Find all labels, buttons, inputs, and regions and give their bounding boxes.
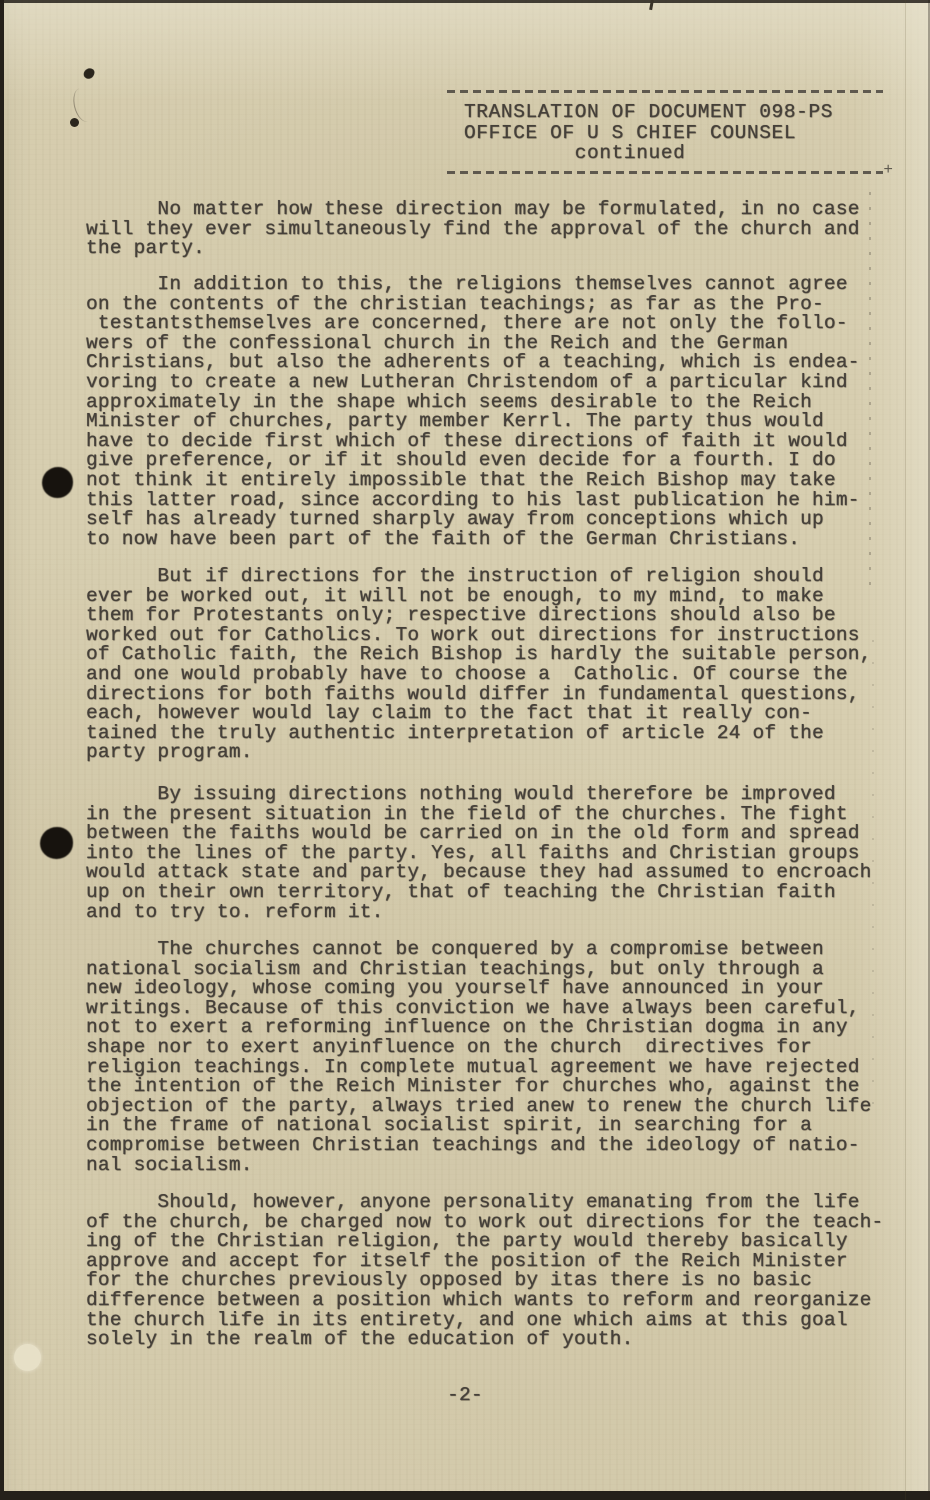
ink-speck-2 (70, 118, 79, 127)
hole-punch-light-circle (14, 1344, 41, 1371)
paragraph-6: Should, however, anyone personality eman… (86, 1193, 883, 1350)
paragraph-4: By issuing directions nothing would ther… (86, 785, 872, 922)
right-margin-dotted-line-lower (872, 640, 874, 1120)
header-continued-line: continued (464, 143, 883, 164)
scan-edge-left (0, 0, 4, 1500)
paragraph-2: In addition to this, the religions thems… (86, 275, 860, 549)
divider-end-mark: + (883, 162, 893, 178)
hole-punch-dot-1 (42, 467, 73, 498)
dashed-divider-top (447, 90, 883, 93)
paragraph-1: No matter how these direction may be for… (86, 200, 860, 259)
header-text: TRANSLATION OF DOCUMENT 098-PS OFFICE OF… (464, 102, 883, 164)
header-title-line: TRANSLATION OF DOCUMENT 098-PS (464, 102, 883, 123)
paragraph-5: The churches cannot be conquered by a co… (86, 940, 872, 1175)
hole-punch-dot-2 (40, 827, 73, 859)
top-edge-tick-mark (649, 0, 654, 10)
paragraph-3: But if directions for the instruction of… (86, 567, 872, 763)
scan-edge-top (0, 0, 930, 3)
page-number: -2- (0, 1386, 930, 1406)
dashed-divider-bottom: + (447, 171, 883, 174)
ink-speck-1 (82, 66, 96, 80)
right-margin-dotted-line (869, 192, 871, 592)
document-header: TRANSLATION OF DOCUMENT 098-PS OFFICE OF… (447, 90, 883, 174)
paper-crease-line (905, 0, 906, 1500)
document-page: TRANSLATION OF DOCUMENT 098-PS OFFICE OF… (0, 0, 930, 1500)
header-office-line: OFFICE OF U S CHIEF COUNSEL (464, 123, 883, 144)
scan-edge-bottom (0, 1491, 930, 1500)
